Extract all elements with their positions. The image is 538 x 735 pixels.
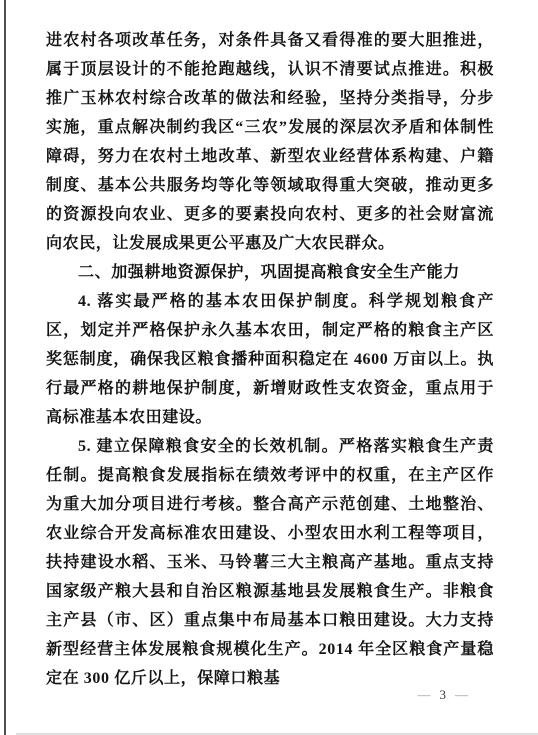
page-number: — 3 — (418, 687, 469, 702)
page-content: 进农村各项改革任务，对条件具备又看得准的要大胆推进，属于顶层设计的不能抢跑越线，… (46, 26, 494, 693)
document-page: 进农村各项改革任务，对条件具备又看得准的要大胆推进，属于顶层设计的不能抢跑越线，… (0, 0, 538, 735)
paragraph-item-4: 4. 落实最严格的基本农田保护制度。科学规划粮食产区，划定并严格保护永久基本农田… (46, 287, 494, 432)
page-number-value: 3 (440, 687, 447, 702)
paragraph-continuation: 进农村各项改革任务，对条件具备又看得准的要大胆推进，属于顶层设计的不能抢跑越线，… (46, 26, 494, 258)
paragraph-item-5: 5. 建立保障粮食安全的长效机制。严格落实粮食生产责任制。提高粮食发展指标在绩效… (46, 432, 494, 693)
page-number-dash-right: — (455, 687, 468, 702)
section-heading: 二、加强耕地资源保护，巩固提高粮食安全生产能力 (46, 258, 494, 287)
scan-edge-line (4, 0, 6, 735)
page-number-dash-left: — (418, 687, 431, 702)
